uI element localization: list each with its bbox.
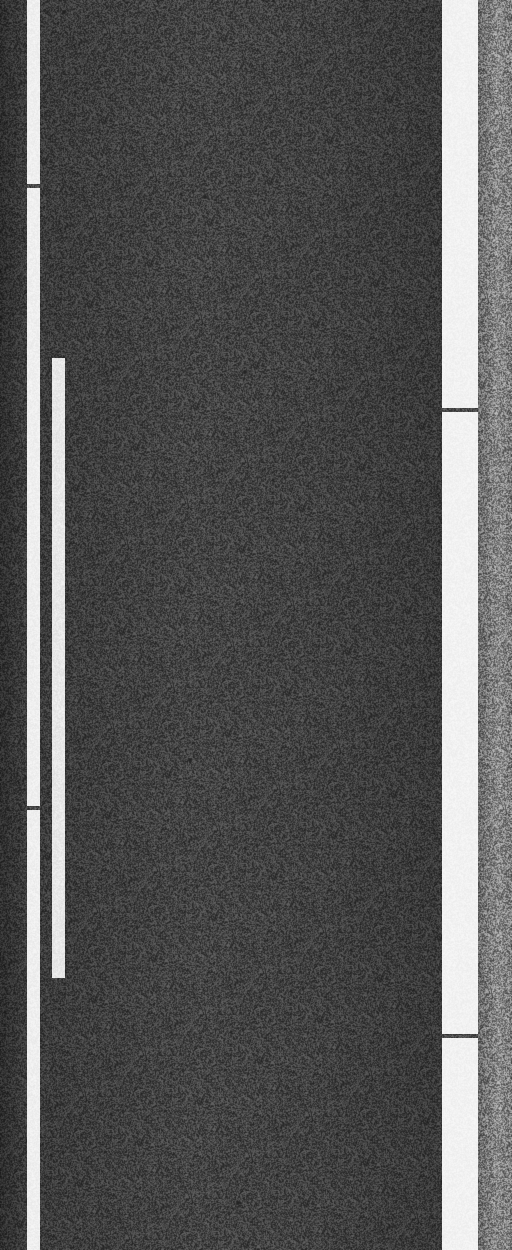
surface-texture [0,0,512,1250]
road-scene: Overhead view of an asphalt road lane wi… [0,0,512,1250]
